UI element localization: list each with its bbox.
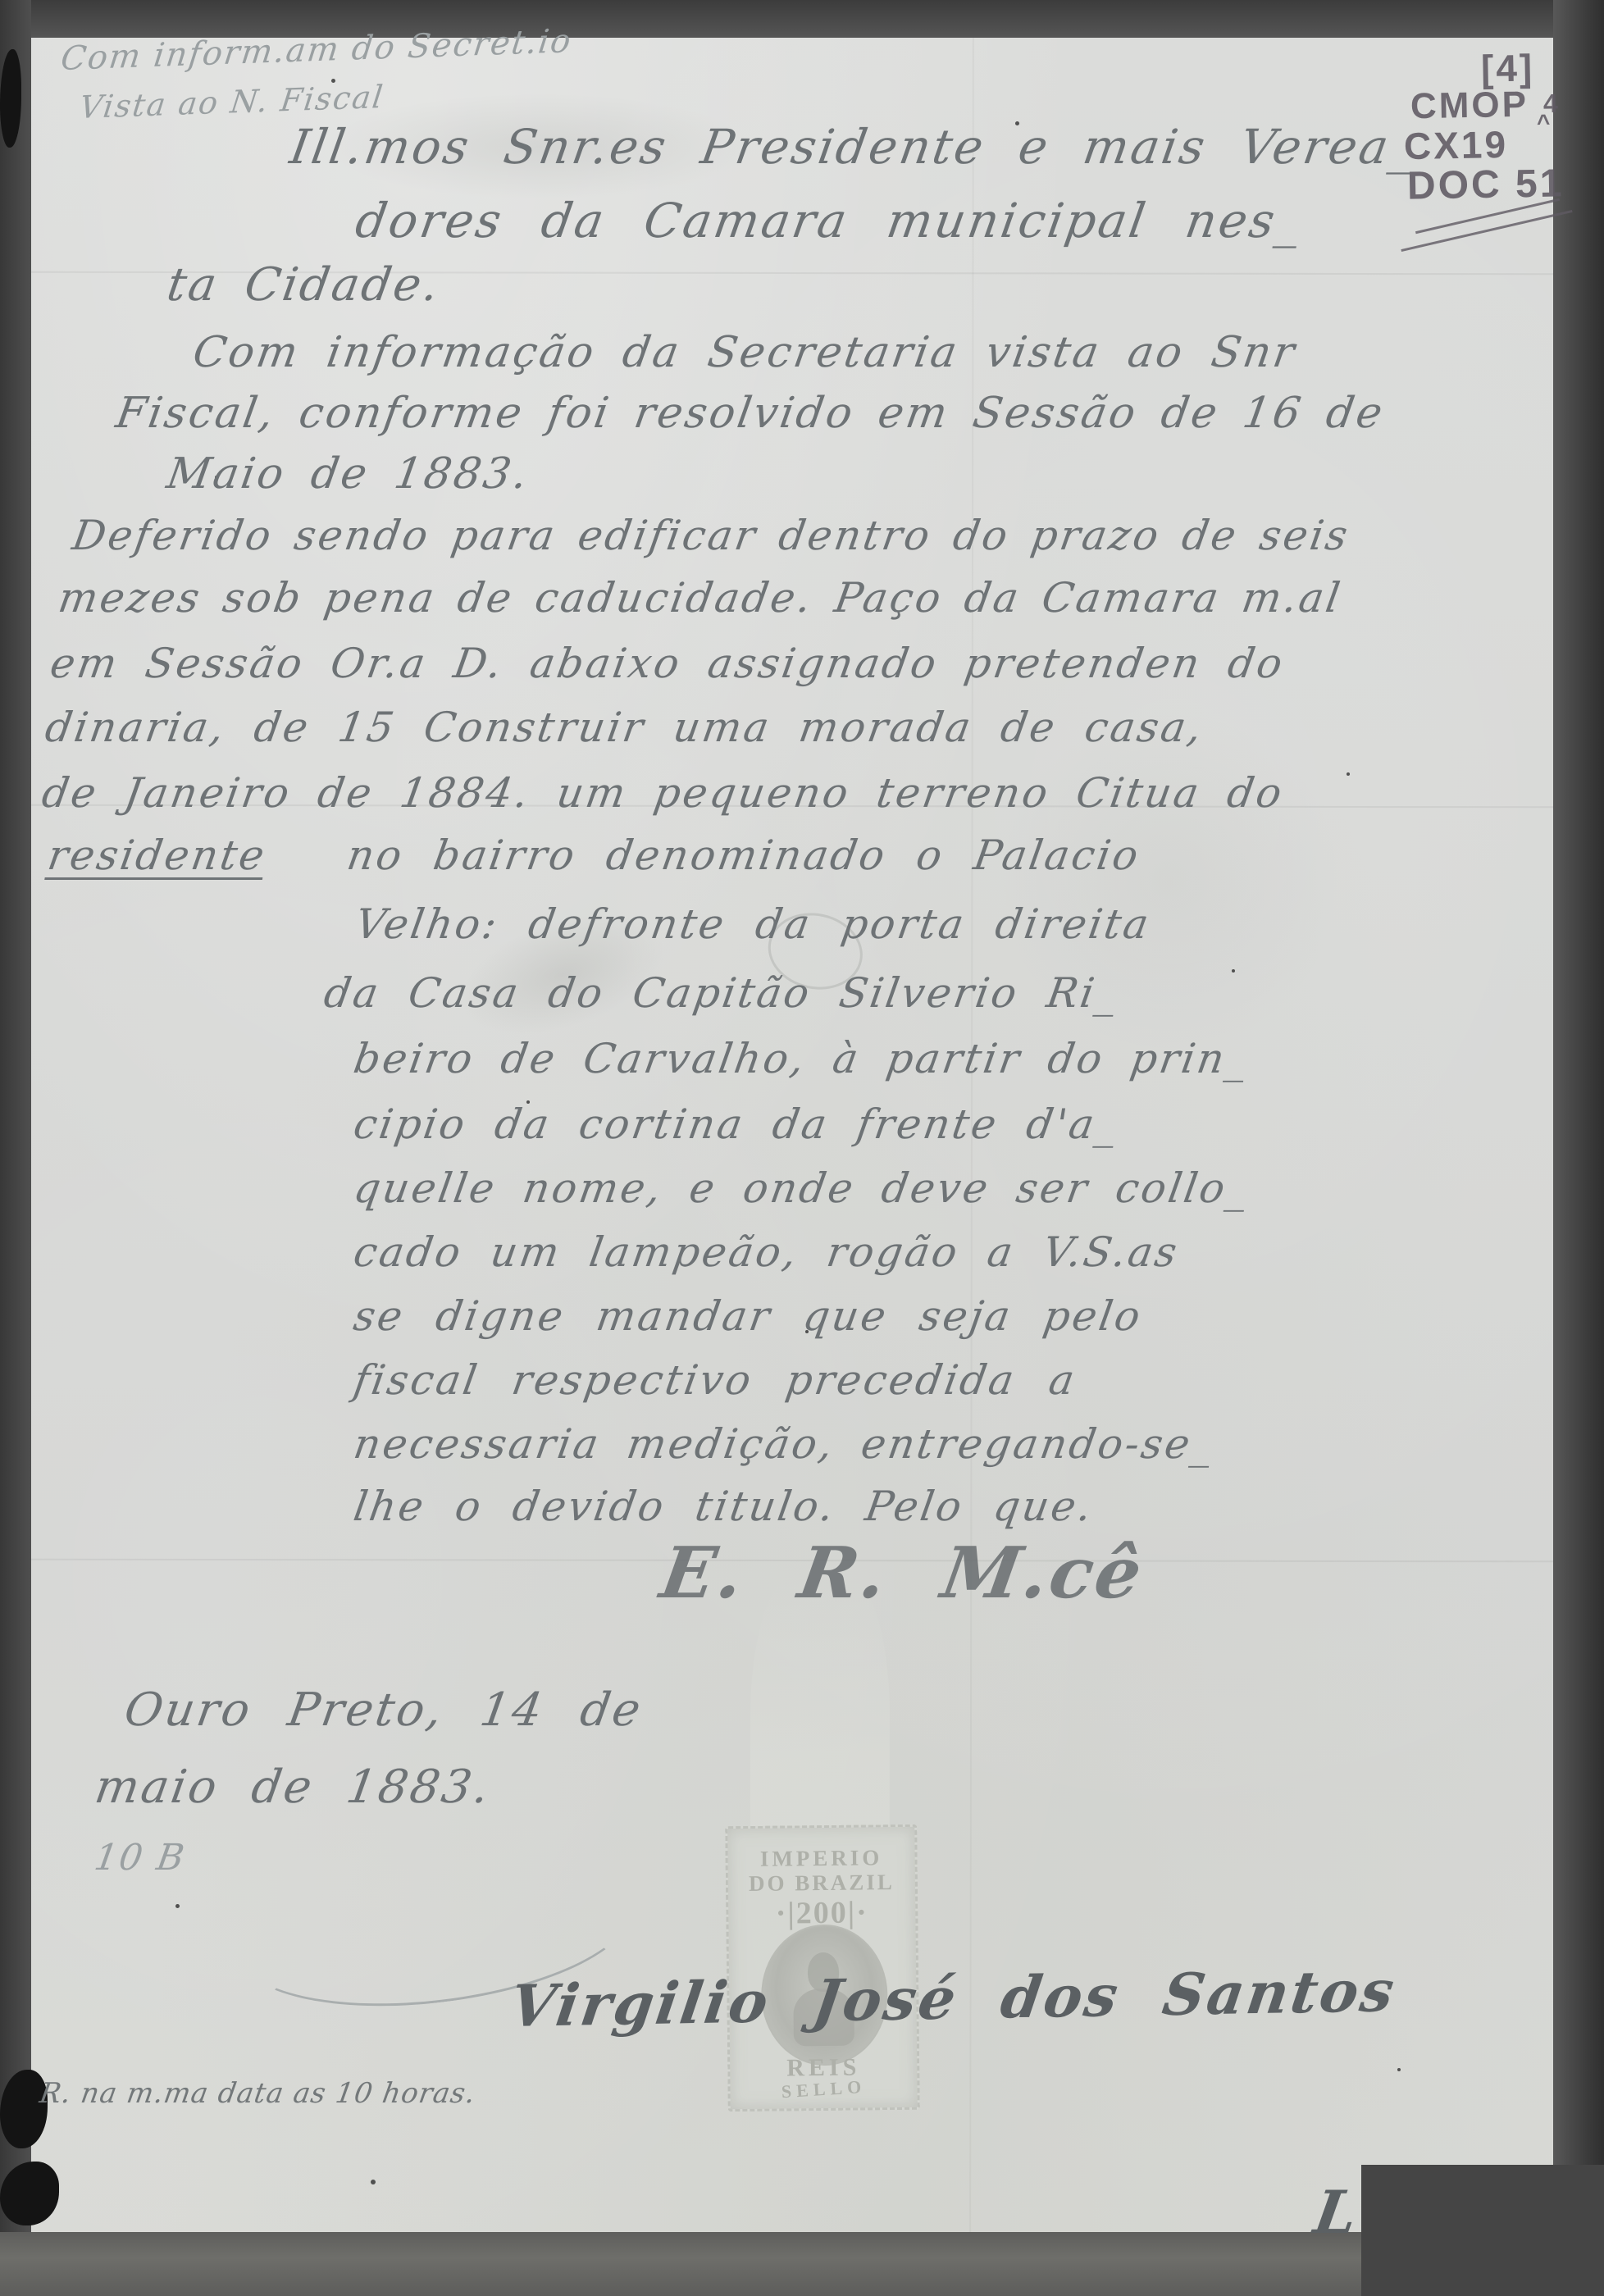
manuscript-line: lhe o devido titulo. Pelo que.	[351, 1486, 1096, 1527]
manuscript-line: dinaria, de 15 Construir uma morada de c…	[43, 707, 1207, 748]
document-scan: [4] CMOP 4 ^ CX19 DOC 51 IMPERIO DO BRAZ…	[0, 0, 1604, 2296]
manuscript-line: Maio de 1883.	[164, 453, 532, 495]
manuscript-line: Ouro Preto, 14 de	[121, 1688, 646, 1733]
manuscript-line: de Janeiro de 1884. um pequeno terreno C…	[39, 772, 1287, 813]
manuscript-line: Vista ao N. Fiscal	[78, 81, 386, 123]
manuscript-line: se digne mandar que seja pelo	[351, 1296, 1146, 1337]
manuscript-line: residente	[45, 835, 270, 876]
manuscript-line: E. R. M.cê	[656, 1538, 1149, 1609]
manuscript-line: Deferido sendo para edificar dentro do p…	[70, 515, 1352, 556]
manuscript-line: ta Cidade.	[164, 262, 444, 308]
manuscript-line: Fiscal, conforme foi resolvido em Sessão…	[113, 392, 1388, 435]
manuscript-line: R. na m.ma data as 10 horas.	[38, 2080, 477, 2107]
manuscript-line: da Casa do Capitão Silverio Ri_	[321, 973, 1123, 1014]
manuscript-line: Ill.mos Snr.es Presidente e mais Verea_	[287, 123, 1420, 171]
manuscript-line: fiscal respectivo precedida a	[351, 1360, 1079, 1401]
manuscript-line: maio de 1883.	[92, 1765, 494, 1811]
manuscript-line: no bairro denominado o Palacio	[344, 835, 1143, 876]
manuscript-line: em Sessão Or.a D. abaixo assignado prete…	[48, 643, 1287, 684]
manuscript-line: Com informação da Secretaria vista ao Sn…	[190, 331, 1300, 374]
manuscript-line: L	[1310, 2183, 1364, 2242]
manuscript-line: necessaria medição, entregando-se_	[351, 1424, 1218, 1465]
manuscript-line: beiro de Carvalho, à partir do prin_	[351, 1038, 1252, 1079]
manuscript-line: Virgilio José dos Santos	[507, 1962, 1400, 2035]
manuscript-line: 10 B	[92, 1840, 188, 1876]
manuscript-line: cipio da cortina da frente d'a_	[351, 1104, 1123, 1145]
manuscript-line: dores da Camara municipal nes_	[353, 197, 1306, 244]
manuscript-line: quelle nome, e onde deve ser collo_	[351, 1168, 1253, 1209]
manuscript-line: mezes sob pena de caducidade. Paço da Ca…	[56, 577, 1345, 618]
manuscript-line: Velho: defronte da porta direita	[353, 904, 1154, 945]
manuscript-line: Com inform.am do Secret.io	[59, 25, 574, 75]
manuscript-line: cado um lampeão, rogão a V.S.as	[351, 1232, 1182, 1273]
manuscript-layer: Com inform.am do Secret.ioVista ao N. Fi…	[0, 0, 1604, 2296]
